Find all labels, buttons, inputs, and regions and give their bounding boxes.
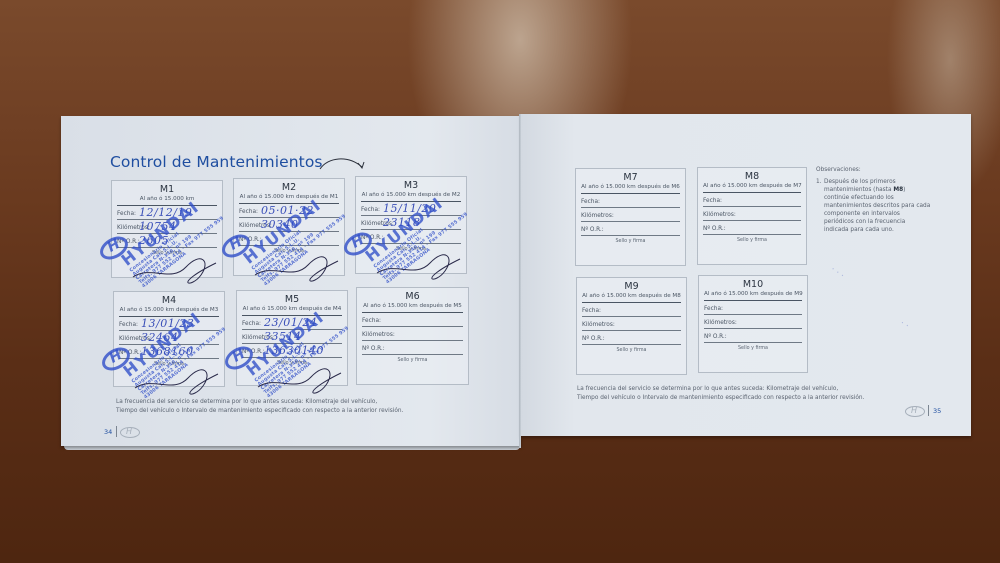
maintenance-interval: Al año ó 15.000 km después de M6 [581,184,680,194]
kilometros-value: 23118 [383,216,421,229]
footnote-right: La frecuencia del servicio se determina … [577,385,864,402]
or-value: 13630140 [264,344,324,357]
maintenance-interval: Al año ó 15.000 km después de M5 [362,303,463,313]
maintenance-card-m6: M6 Al año ó 15.000 km después de M5 Fech… [356,287,469,385]
footnote-line-1: La frecuencia del servicio se determina … [577,385,864,394]
maintenance-code: M10 [699,279,807,290]
maintenance-interval: Al año ó 15.000 km después de M1 [239,194,339,204]
or-label: Nº O.R.: [582,336,605,342]
hand-drawn-arrow-icon [318,155,368,177]
kilometros-field[interactable]: Kilómetros: 32464 [119,331,219,345]
or-label: Nº O.R.: [119,350,142,356]
or-field[interactable]: Nº O.R.: 1368160 [119,345,219,359]
or-label: Nº O.R.: [242,349,265,355]
seal-signature-label: Sello y firma [114,362,224,367]
kilometros-field[interactable]: Kilómetros: [704,315,802,329]
footnote-line-2: Tiempo del vehículo o Intervalo de mante… [116,407,403,416]
or-field[interactable]: Nº O.R.: [703,221,801,235]
kilometros-label: Kilómetros: [362,332,395,338]
fecha-value: 23/01/24 [264,316,317,329]
fecha-label: Fecha: [361,207,380,213]
fecha-field[interactable]: Fecha: [362,313,463,327]
maintenance-card-m9: M9 Al año ó 15.000 km después de M8 Fech… [576,277,687,375]
seal-signature-label: Sello y firma [577,348,686,353]
page-number-left: 34 [104,428,112,436]
observation-text: Después de los primeros mantenimientos (… [824,178,931,234]
hyundai-logo-icon [120,427,140,438]
kilometros-label: Kilómetros: [703,212,736,218]
maintenance-code: M5 [237,294,347,305]
kilometros-value: 10754 [139,220,177,233]
fecha-field[interactable]: Fecha: [703,193,801,207]
maintenance-card-m7: M7 Al año ó 15.000 km después de M6 Fech… [575,168,686,266]
or-label: Nº O.R.: [239,237,262,243]
fecha-field[interactable]: Fecha: 12/12/19 [117,206,217,220]
fecha-label: Fecha: [117,211,136,217]
kilometros-value: 32464 [141,331,179,344]
maintenance-interval: Al año ó 15.000 km después de M9 [704,291,802,301]
fecha-value: 12/12/19 [139,206,192,219]
observations-panel: Observaciones: 1. Después de los primero… [816,166,931,234]
or-field[interactable]: Nº O.R.: 2605 [117,234,217,248]
maintenance-card-m4: M4 Al año ó 15.000 km después de M3 Fech… [113,291,225,387]
fecha-field[interactable]: Fecha: [704,301,802,315]
or-label: Nº O.R.: [581,227,604,233]
kilometros-label: Kilómetros: [582,322,615,328]
kilometros-label: Kilómetros: [581,213,614,219]
maintenance-interval: Al año ó 15.000 km después de M4 [242,306,342,316]
maintenance-card-m3: M3 Al año ó 15.000 km después de M2 Fech… [355,176,467,274]
kilometros-field[interactable]: Kilómetros: 33514 [242,330,342,344]
maintenance-interval: Al año ó 15.000 km después de M8 [582,293,681,303]
page-number-divider [116,426,117,437]
kilometros-field[interactable]: Kilómetros: 23118 [361,216,461,230]
maintenance-interval: Al año ó 15.000 km después de M3 [119,307,219,317]
observation-item: 1. Después de los primeros mantenimiento… [816,178,931,234]
fecha-field[interactable]: Fecha: [582,303,681,317]
fecha-field[interactable]: Fecha: 13/01/23 [119,317,219,331]
maintenance-code: M1 [112,184,222,195]
or-value: 2605 [139,234,169,247]
maintenance-card-m2: M2 Al año ó 15.000 km después de M1 Fech… [233,178,345,276]
maintenance-card-m5: M5 Al año ó 15.000 km después de M4 Fech… [236,290,348,386]
maintenance-card-m1: M1 Al año ó 15.000 km Fecha: 12/12/19 Ki… [111,180,223,278]
kilometros-label: Kilómetros: [704,320,737,326]
or-label: Nº O.R.: [362,346,385,352]
kilometros-value: 30340 [261,218,299,231]
or-field[interactable]: Nº O.R.: [704,329,802,343]
maintenance-card-m8: M8 Al año ó 15.000 km después de M7 Fech… [697,167,807,265]
seal-signature-label: Sello y firma [234,249,344,254]
fecha-label: Fecha: [119,322,138,328]
fecha-field[interactable]: Fecha: 15/11/20 [361,202,461,216]
kilometros-field[interactable]: Kilómetros: 30340 [239,218,339,232]
footnote-line-1: La frecuencia del servicio se determina … [116,398,403,407]
seal-signature-label: Sello y firma [699,346,807,351]
or-label: Nº O.R.: [703,226,726,232]
fecha-label: Fecha: [704,306,723,312]
maintenance-code: M2 [234,182,344,193]
or-value: 1368160 [141,345,194,358]
fecha-field[interactable]: Fecha: 05·01·22 [239,204,339,218]
kilometros-field[interactable]: Kilómetros: [582,317,681,331]
kilometros-field[interactable]: Kilómetros: [362,327,463,341]
fecha-label: Fecha: [239,209,258,215]
fecha-field[interactable]: Fecha: [581,194,680,208]
maintenance-code: M8 [698,171,806,182]
fecha-label: Fecha: [242,321,261,327]
maintenance-code: M9 [577,281,686,292]
kilometros-field[interactable]: Kilómetros: [703,207,801,221]
maintenance-interval: Al año ó 15.000 km [117,196,217,206]
fecha-label: Fecha: [582,308,601,314]
seal-signature-label: Sello y firma [356,247,466,252]
fecha-label: Fecha: [703,198,722,204]
hyundai-logo-icon [905,406,925,417]
fecha-value: 05·01·22 [261,204,314,217]
or-field[interactable]: Nº O.R.: [581,222,680,236]
fecha-label: Fecha: [581,199,600,205]
booklet-spine [519,114,521,448]
maintenance-code: M7 [576,172,685,183]
maintenance-interval: Al año ó 15.000 km después de M2 [361,192,461,202]
seal-signature-label: Sello y firma [357,358,468,363]
seal-signature-label: Sello y firma [237,361,347,366]
footnote-line-2: Tiempo del vehículo o Intervalo de mante… [577,394,864,403]
or-field[interactable]: Nº O.R.: [239,232,339,246]
or-field[interactable]: Nº O.R.: [582,331,681,345]
fecha-value: 15/11/20 [383,202,436,215]
seal-signature-label: Sello y firma [112,251,222,256]
maintenance-code: M4 [114,295,224,306]
observation-number: 1. [816,178,824,234]
fecha-value: 13/01/23 [141,317,194,330]
maintenance-code: M6 [357,291,468,302]
footnote-left: La frecuencia del servicio se determina … [116,398,403,415]
fecha-field[interactable]: Fecha: 23/01/24 [242,316,342,330]
maintenance-interval: Al año ó 15.000 km después de M7 [703,183,801,193]
kilometros-value: 33514 [264,330,302,343]
page-number-divider [928,405,929,416]
or-field[interactable]: Nº O.R.: [361,230,461,244]
or-label: Nº O.R.: [704,334,727,340]
page-title: Control de Mantenimientos [110,153,323,171]
or-label: Nº O.R.: [361,235,384,241]
fecha-label: Fecha: [362,318,381,324]
maintenance-card-m10: M10 Al año ó 15.000 km después de M9 Fec… [698,275,808,373]
seal-signature-label: Sello y firma [698,238,806,243]
kilometros-field[interactable]: Kilómetros: [581,208,680,222]
or-field[interactable]: Nº O.R.: 13630140 [242,344,342,358]
page-number-right: 35 [933,407,941,415]
seal-signature-label: Sello y firma [576,239,685,244]
kilometros-field[interactable]: Kilómetros: 10754 [117,220,217,234]
maintenance-code: M3 [356,180,466,191]
or-label: Nº O.R.: [117,239,140,245]
observations-title: Observaciones: [816,166,931,174]
or-field[interactable]: Nº O.R.: [362,341,463,355]
